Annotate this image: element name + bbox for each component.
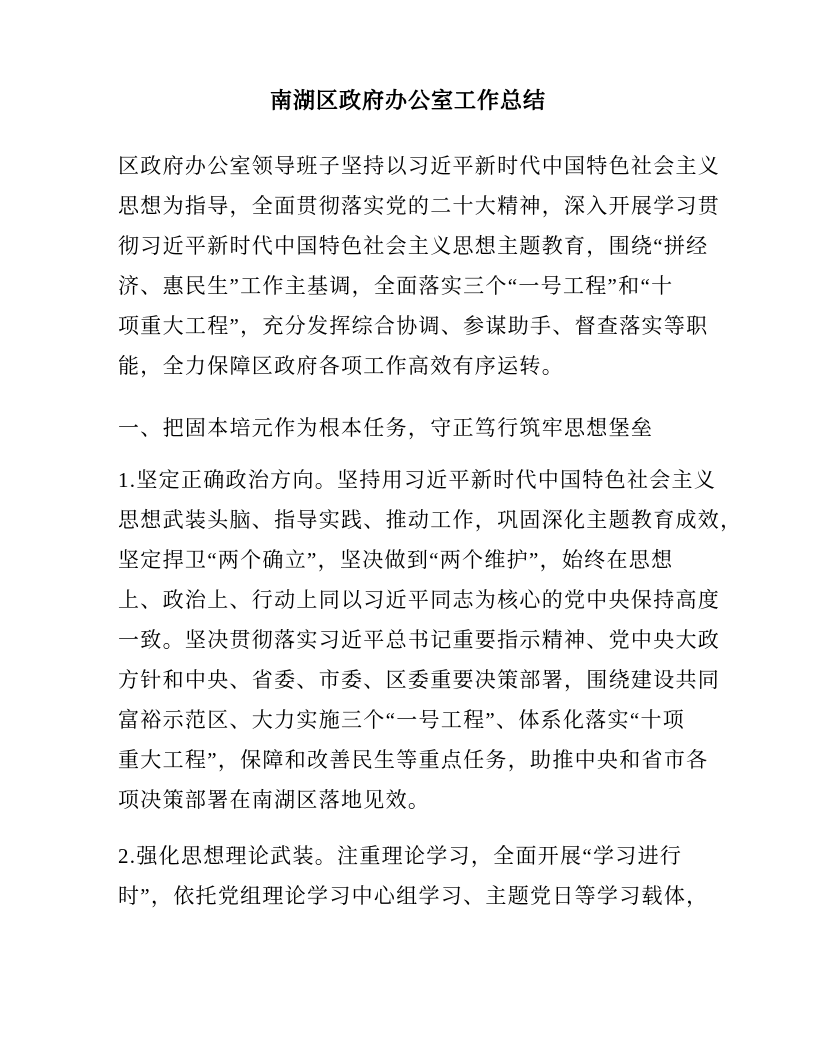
- text-line: 2.强化思想理论武装。注重理论学习，全面开展“学习进行: [118, 836, 756, 876]
- text-line: 能，全力保障区政府各项工作高效有序运转。: [118, 346, 756, 386]
- text-line: 彻习近平新时代中国特色社会主义思想主题教育，围绕“拼经: [118, 226, 756, 266]
- text-line: 时”，依托党组理论学习中心组学习、主题党日等学习载体，: [118, 876, 756, 916]
- paragraph-point-2: 2.强化思想理论武装。注重理论学习，全面开展“学习进行 时”，依托党组理论学习中…: [118, 836, 756, 916]
- text-line: 1.坚定正确政治方向。坚持用习近平新时代中国特色社会主义: [118, 460, 756, 500]
- text-line: 上、政治上、行动上同以习近平同志为核心的党中央保持高度: [118, 580, 756, 620]
- text-line: 重大工程”，保障和改善民生等重点任务，助推中央和省市各: [118, 740, 756, 780]
- paragraph-point-1: 1.坚定正确政治方向。坚持用习近平新时代中国特色社会主义 思想武装头脑、指导实践…: [118, 460, 756, 820]
- text-line: 区政府办公室领导班子坚持以习近平新时代中国特色社会主义: [118, 146, 756, 186]
- text-line: 富裕示范区、大力实施三个“一号工程”、体系化落实“十项: [118, 700, 756, 740]
- text-line: 思想武装头脑、指导实践、推动工作，巩固深化主题教育成效，: [118, 500, 756, 540]
- paragraph-intro: 区政府办公室领导班子坚持以习近平新时代中国特色社会主义 思想为指导，全面贯彻落实…: [118, 146, 756, 386]
- document-title: 南湖区政府办公室工作总结: [0, 86, 816, 116]
- text-line: 项重大工程”，充分发挥综合协调、参谋助手、督查落实等职: [118, 306, 756, 346]
- text-line: 坚定捍卫“两个确立”，坚决做到“两个维护”，始终在思想: [118, 540, 756, 580]
- text-line: 思想为指导，全面贯彻落实党的二十大精神，深入开展学习贯: [118, 186, 756, 226]
- document-page: 南湖区政府办公室工作总结 区政府办公室领导班子坚持以习近平新时代中国特色社会主义…: [0, 0, 816, 1056]
- text-line: 一致。坚决贯彻落实习近平总书记重要指示精神、党中央大政: [118, 620, 756, 660]
- text-line: 项决策部署在南湖区落地见效。: [118, 780, 756, 820]
- text-line: 济、惠民生”工作主基调，全面落实三个“一号工程”和“十: [118, 266, 756, 306]
- section-heading-1: 一、把固本培元作为根本任务，守正笃行筑牢思想堡垒: [118, 408, 756, 448]
- text-line: 方针和中央、省委、市委、区委重要决策部署，围绕建设共同: [118, 660, 756, 700]
